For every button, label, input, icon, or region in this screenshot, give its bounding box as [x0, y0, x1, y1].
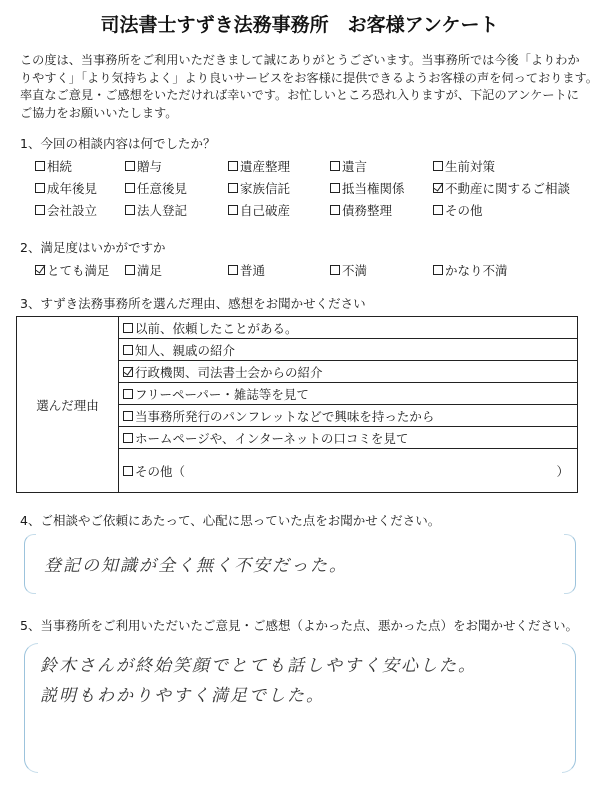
option-label: 当事務所発行のパンフレットなどで興味を持ったから [135, 407, 434, 425]
checkbox-icon[interactable] [330, 265, 340, 275]
checkbox-checked-icon[interactable] [123, 367, 133, 377]
option-label: その他（ [135, 462, 185, 480]
option-label: 以前、依頼したことがある。 [135, 319, 298, 337]
checkbox-icon[interactable] [125, 265, 135, 275]
option-label: とても満足 [47, 261, 110, 279]
q5-question: 5、当事務所をご利用いただいたご意見・ご感想（よかった点、悪かった点）をお聞かせ… [20, 616, 578, 634]
option-label: 贈与 [137, 157, 162, 175]
option-label: 相続 [47, 157, 72, 175]
option-label: 家族信託 [240, 179, 290, 197]
intro-paragraph: この度は、当事務所をご利用いただきまして誠にありがとうございます。当事務所では今… [20, 52, 585, 122]
q1-option[interactable]: 贈与 [125, 157, 162, 175]
q2-option[interactable]: 満足 [125, 261, 162, 279]
right-bracket [564, 534, 576, 594]
option-label: 不動産に関するご相談 [445, 179, 570, 197]
reason-options: 以前、依頼したことがある。 知人、親戚の紹介 行政機関、司法書士会からの紹介 フ… [119, 317, 577, 492]
checkbox-icon[interactable] [123, 411, 133, 421]
checkbox-icon[interactable] [123, 466, 133, 476]
checkbox-icon[interactable] [228, 205, 238, 215]
left-bracket [24, 643, 38, 773]
q1-option[interactable]: 法人登記 [125, 201, 187, 219]
q4-question: 4、ご相談やご依頼にあたって、心配に思っていた点をお聞かせください。 [20, 511, 440, 529]
checkbox-icon[interactable] [433, 161, 443, 171]
intro-line: りやすく」「より気持ちよく」より良いサービスをお客様に提供できるようお客様の声を… [20, 70, 585, 88]
left-bracket [24, 534, 36, 594]
option-label: 不満 [342, 261, 367, 279]
q1-option[interactable]: 遺言 [330, 157, 367, 175]
reason-option[interactable]: ホームページや、インターネットの口コミを見て [119, 427, 577, 449]
intro-line: 率直なご意見・ご感想をいただければ幸いです。お忙しいところ恐れ入りますが、下記の… [20, 87, 585, 105]
option-label: 遺産整理 [240, 157, 290, 175]
checkbox-icon[interactable] [35, 183, 45, 193]
q1-option[interactable]: 相続 [35, 157, 72, 175]
checkbox-icon[interactable] [433, 265, 443, 275]
option-label: 生前対策 [445, 157, 495, 175]
option-label: 法人登記 [137, 201, 187, 219]
q1-option[interactable]: 抵当権関係 [330, 179, 405, 197]
checkbox-icon[interactable] [35, 161, 45, 171]
reason-option-other[interactable]: その他（） [119, 449, 577, 492]
reason-option[interactable]: 当事務所発行のパンフレットなどで興味を持ったから [119, 405, 577, 427]
q1-option[interactable]: 成年後見 [35, 179, 97, 197]
q1-option[interactable]: 家族信託 [228, 179, 290, 197]
q1-option[interactable]: 債務整理 [330, 201, 392, 219]
q1-option[interactable]: 遺産整理 [228, 157, 290, 175]
q5-answer-line: 鈴木さんが終始笑顔でとても話しやすく安心した。 [40, 651, 477, 676]
option-label: 債務整理 [342, 201, 392, 219]
q2-option-checked[interactable]: とても満足 [35, 261, 110, 279]
option-label: ホームページや、インターネットの口コミを見て [135, 429, 408, 447]
option-label: かなり不満 [445, 261, 508, 279]
reason-table: 選んだ理由 以前、依頼したことがある。 知人、親戚の紹介 行政機関、司法書士会か… [16, 316, 578, 493]
checkbox-icon[interactable] [123, 389, 133, 399]
option-label: 満足 [137, 261, 162, 279]
reason-option[interactable]: 以前、依頼したことがある。 [119, 317, 577, 339]
q4-answer-area[interactable]: 登記の知識が全く無く不安だった。 [24, 534, 576, 594]
q3-question: 3、すずき法務事務所を選んだ理由、感想をお聞かせください [20, 294, 366, 312]
option-label: フリーペーパー・雑誌等を見て [135, 385, 309, 403]
option-label: 自己破産 [240, 201, 290, 219]
reason-option-checked[interactable]: 行政機関、司法書士会からの紹介 [119, 361, 577, 383]
other-close-paren: ） [556, 462, 569, 480]
checkbox-icon[interactable] [330, 161, 340, 171]
option-label: 任意後見 [137, 179, 187, 197]
q2-option[interactable]: 普通 [228, 261, 265, 279]
checkbox-icon[interactable] [125, 161, 135, 171]
reason-label: 選んだ理由 [17, 317, 119, 492]
q1-question: 1、今回の相談内容は何でしたか？ [20, 134, 215, 152]
page-title: 司法書士すずき法務事務所 お客様アンケート [0, 10, 599, 37]
q5-answer-area[interactable]: 鈴木さんが終始笑顔でとても話しやすく安心した。 説明もわかりやすく満足でした。 [24, 643, 576, 773]
checkbox-icon[interactable] [123, 433, 133, 443]
checkbox-icon[interactable] [330, 205, 340, 215]
q5-answer-line: 説明もわかりやすく満足でした。 [40, 681, 325, 706]
checkbox-icon[interactable] [330, 183, 340, 193]
right-bracket [562, 643, 576, 773]
checkbox-icon[interactable] [123, 323, 133, 333]
checkbox-icon[interactable] [228, 265, 238, 275]
q2-option[interactable]: 不満 [330, 261, 367, 279]
q2-question: 2、満足度はいかがですか [20, 238, 165, 256]
checkbox-icon[interactable] [433, 205, 443, 215]
checkbox-icon[interactable] [125, 205, 135, 215]
q1-option[interactable]: 自己破産 [228, 201, 290, 219]
option-label: 成年後見 [47, 179, 97, 197]
option-label: 抵当権関係 [342, 179, 405, 197]
option-label: 行政機関、司法書士会からの紹介 [135, 363, 323, 381]
option-label: 遺言 [342, 157, 367, 175]
checkbox-checked-icon[interactable] [35, 265, 45, 275]
reason-option[interactable]: 知人、親戚の紹介 [119, 339, 577, 361]
checkbox-icon[interactable] [228, 161, 238, 171]
checkbox-icon[interactable] [125, 183, 135, 193]
checkbox-icon[interactable] [35, 205, 45, 215]
option-label: 知人、親戚の紹介 [135, 341, 235, 359]
q1-option[interactable]: 生前対策 [433, 157, 495, 175]
reason-option[interactable]: フリーペーパー・雑誌等を見て [119, 383, 577, 405]
q1-option[interactable]: その他 [433, 201, 483, 219]
checkbox-icon[interactable] [123, 345, 133, 355]
checkbox-icon[interactable] [228, 183, 238, 193]
q2-option[interactable]: かなり不満 [433, 261, 508, 279]
option-label: 普通 [240, 261, 265, 279]
option-label: 会社設立 [47, 201, 97, 219]
intro-line: この度は、当事務所をご利用いただきまして誠にありがとうございます。当事務所では今… [20, 52, 585, 70]
checkbox-checked-icon[interactable] [433, 183, 443, 193]
intro-line: ご協力をお願いいたします。 [20, 105, 585, 123]
option-label: その他 [445, 201, 483, 219]
q1-option-checked[interactable]: 不動産に関するご相談 [433, 179, 570, 197]
q1-option[interactable]: 任意後見 [125, 179, 187, 197]
q4-answer-text: 登記の知識が全く無く不安だった。 [44, 551, 348, 576]
q1-option[interactable]: 会社設立 [35, 201, 97, 219]
